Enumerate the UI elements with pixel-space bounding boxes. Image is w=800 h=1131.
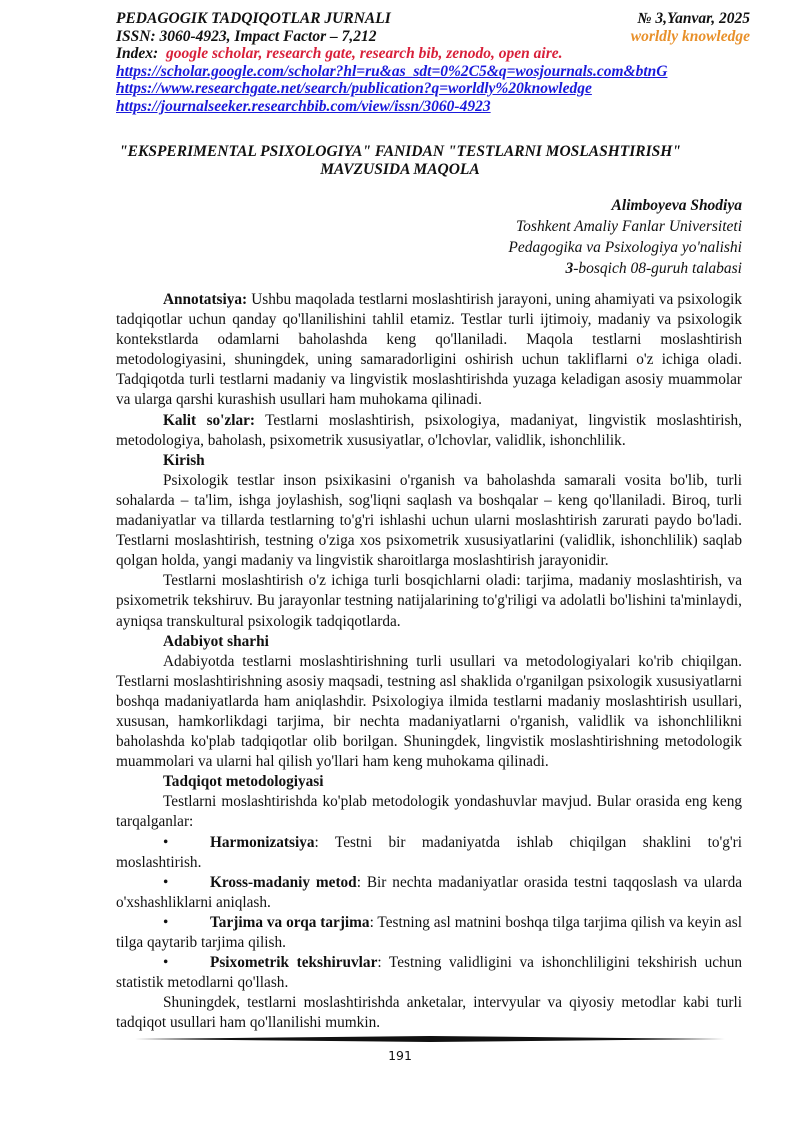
article-body: Annotatsiya: Ushbu maqolada testlarni mo… [116, 290, 742, 1033]
bullet-icon: • [163, 873, 210, 893]
bullet-item: •Tarjima va orqa tarjima: Testning asl m… [116, 913, 742, 953]
literature-paragraph: Adabiyotda testlarni moslashtirishning t… [116, 652, 742, 773]
google-scholar-link[interactable]: https://scholar.google.com/scholar?hl=ru… [116, 63, 750, 81]
bullet-item: •Harmonizatsiya: Testni bir madaniyatda … [116, 833, 742, 873]
title-line-1: "EKSPERIMENTAL PSIXOLOGIYA" FANIDAN "TES… [60, 143, 740, 161]
researchbib-link[interactable]: https://journalseeker.researchbib.com/vi… [116, 98, 750, 116]
index-list: google scholar, research gate, research … [166, 45, 563, 63]
bullet-icon: • [163, 913, 210, 933]
intro-paragraph-1: Psixologik testlar inson psixikasini o'r… [116, 471, 742, 571]
intro-heading: Kirish [116, 451, 742, 471]
title-line-2: MAVZUSIDA MAQOLA [60, 161, 740, 179]
journal-header: PEDAGOGIK TADQIQOTLAR JURNALI № 3,Yanvar… [116, 10, 750, 115]
bullet-icon: • [163, 833, 210, 853]
intro-paragraph-2: Testlarni moslashtirish o'z ichiga turli… [116, 571, 742, 631]
author-department: Pedagogika va Psixologiya yo'nalishi [508, 237, 742, 258]
footer-divider [135, 1036, 725, 1042]
page-number: 191 [0, 1048, 800, 1063]
methodology-paragraph-1: Testlarni moslashtirishda ko'plab metodo… [116, 792, 742, 832]
methodology-paragraph-2: Shuningdek, testlarni moslashtirishda an… [116, 993, 742, 1033]
bullet-item: •Psixometrik tekshiruvlar: Testning vali… [116, 953, 742, 993]
author-university: Toshkent Amaliy Fanlar Universiteti [508, 216, 742, 237]
author-block: Alimboyeva Shodiya Toshkent Amaliy Fanla… [508, 195, 742, 279]
abstract-label: Annotatsiya: [163, 291, 247, 308]
literature-heading: Adabiyot sharhi [116, 632, 742, 652]
article-title: "EKSPERIMENTAL PSIXOLOGIYA" FANIDAN "TES… [60, 143, 740, 179]
methodology-heading: Tadqiqot metodologiyasi [116, 772, 742, 792]
issn-line: ISSN: 3060-4923, Impact Factor – 7,212 [116, 28, 377, 46]
issue-info: № 3,Yanvar, 2025 [637, 10, 750, 28]
author-name: Alimboyeva Shodiya [508, 195, 742, 216]
author-stage: 3-bosqich 08-guruh talabasi [508, 258, 742, 279]
bullet-icon: • [163, 953, 210, 973]
keywords: Kalit so'zlar: Testlarni moslashtirish, … [116, 411, 742, 451]
researchgate-link[interactable]: https://www.researchgate.net/search/publ… [116, 80, 750, 98]
journal-name: PEDAGOGIK TADQIQOTLAR JURNALI [116, 10, 391, 28]
abstract: Annotatsiya: Ushbu maqolada testlarni mo… [116, 290, 742, 411]
keywords-label: Kalit so'zlar: [163, 412, 255, 429]
index-label: Index: [116, 45, 158, 63]
bullet-item: •Kross-madaniy metod: Bir nechta madaniy… [116, 873, 742, 913]
brand-name: worldly knowledge [631, 28, 750, 46]
